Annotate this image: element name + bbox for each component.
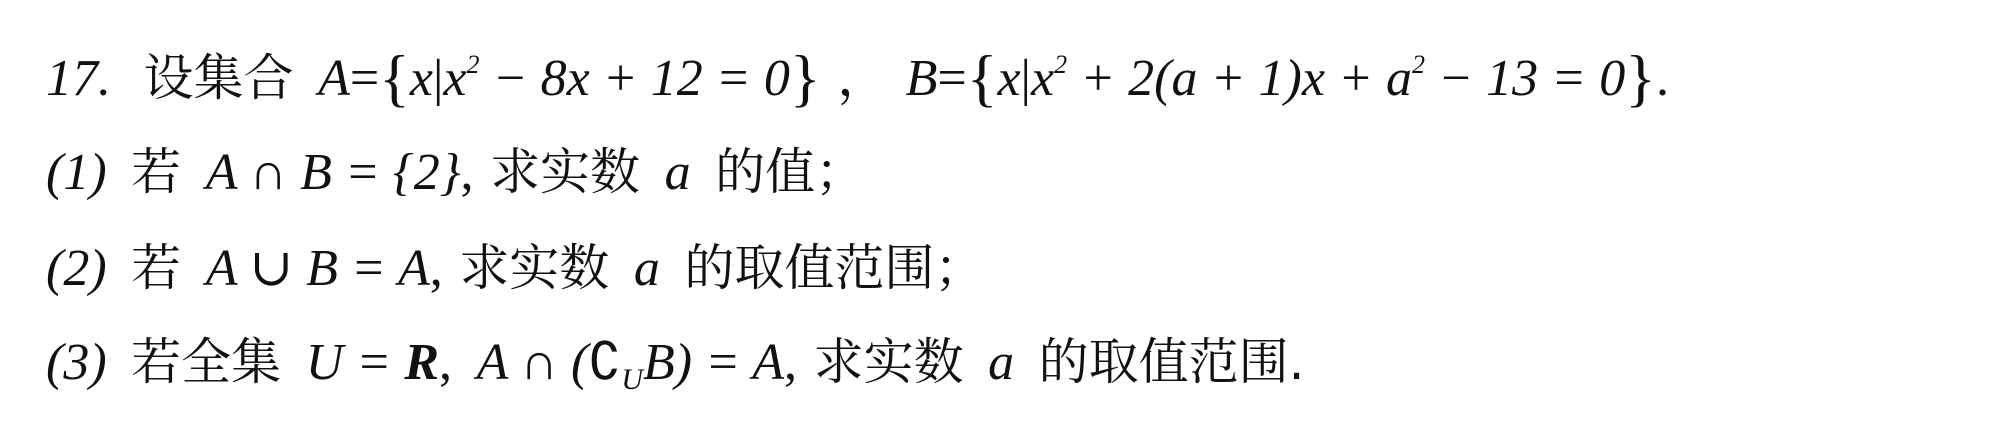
set-b-definition: B={x|x2 + 2(a + 1)x + a2 − 13 = 0}. bbox=[906, 48, 1669, 108]
part-label: (2) bbox=[46, 240, 107, 297]
condition-math: A ∩ B = {2} bbox=[206, 144, 461, 201]
intro-text: 设集合 bbox=[144, 49, 294, 107]
part-label: (3) bbox=[46, 334, 107, 391]
complement-symbol: ∁ bbox=[588, 334, 621, 391]
problem-number: 17. bbox=[46, 50, 111, 107]
problem-statement: 17. 设集合 A={x|x2 − 8x + 12 = 0} ， B={x|x2… bbox=[46, 46, 1669, 111]
part-3: (3) 若全集 U = R, A ∩ (∁UB) = A, 求实数 a 的取值范… bbox=[46, 330, 1305, 395]
set-a-definition: A={x|x2 − 8x + 12 = 0} bbox=[318, 48, 837, 108]
condition-math: A ∪ B = A bbox=[206, 240, 430, 297]
part-2: (2) 若 A ∪ B = A, 求实数 a 的取值范围； bbox=[46, 236, 984, 301]
real-numbers-symbol: R bbox=[404, 334, 439, 391]
problem-document: 17. 设集合 A={x|x2 − 8x + 12 = 0} ， B={x|x2… bbox=[0, 0, 2000, 438]
part-label: (1) bbox=[46, 144, 107, 201]
part-1: (1) 若 A ∩ B = {2}, 求实数 a 的值； bbox=[46, 140, 865, 205]
